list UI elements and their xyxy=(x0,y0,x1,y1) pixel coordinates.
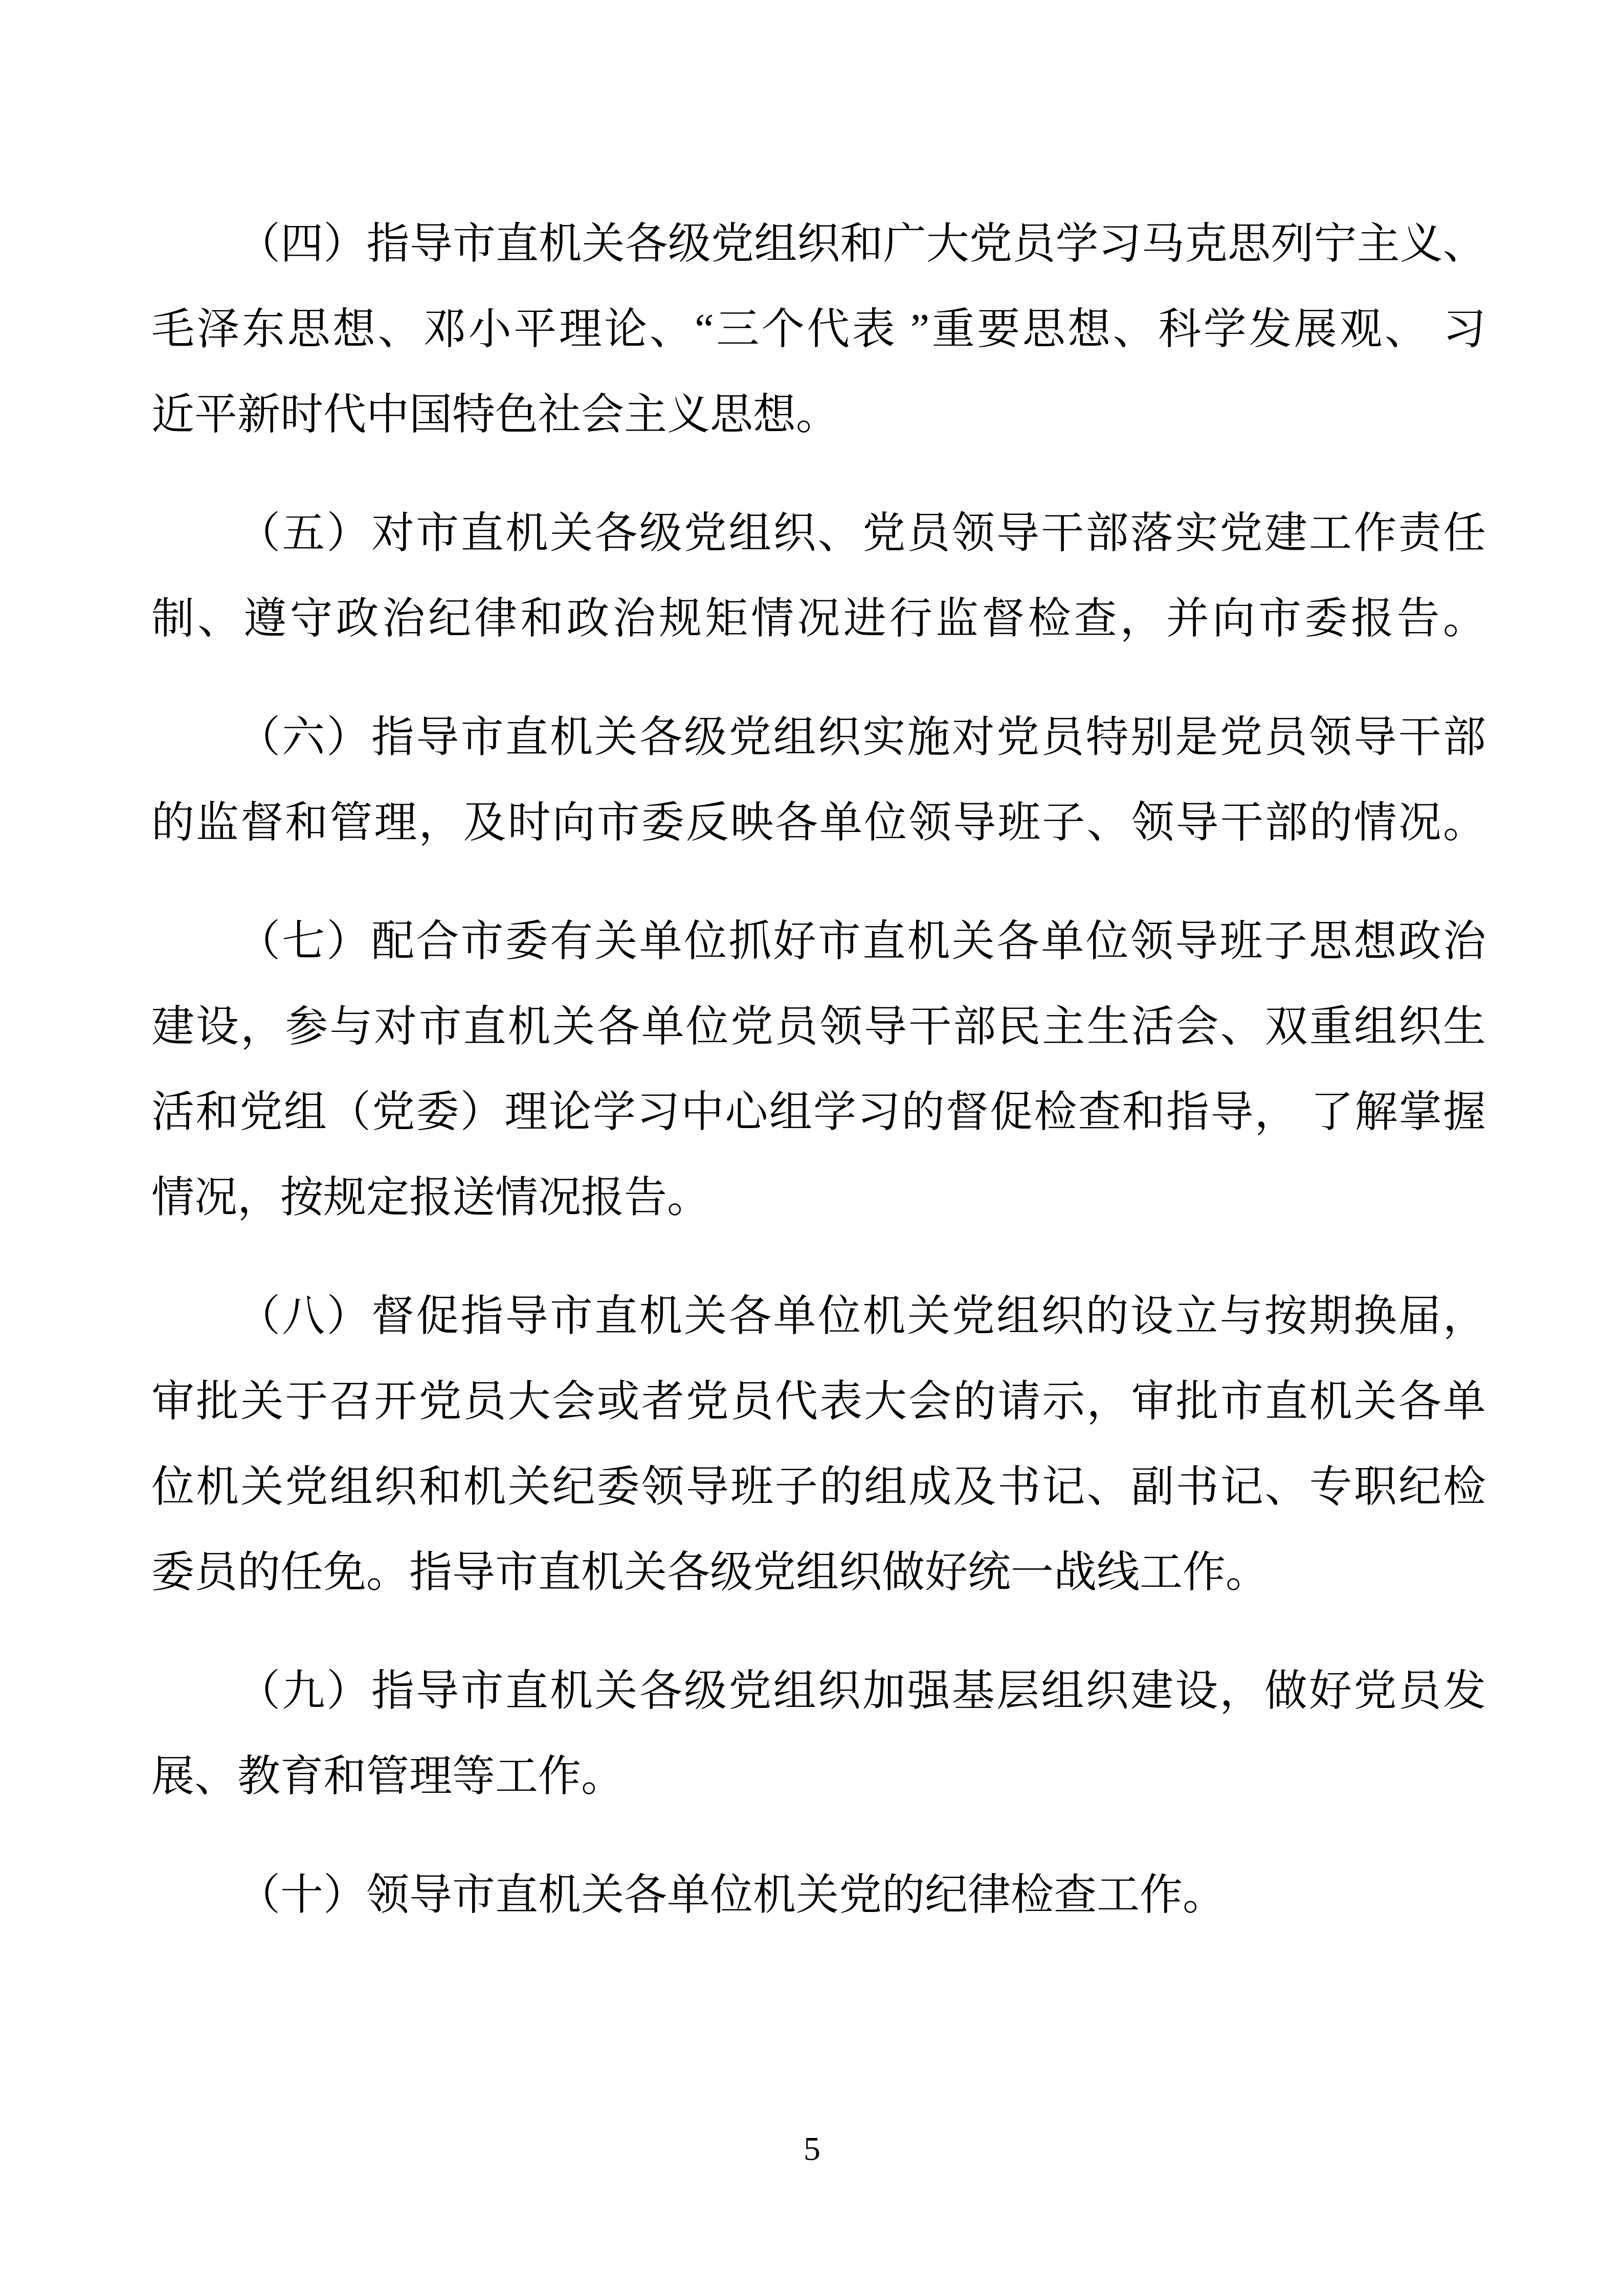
text-line: （十）领导市直机关各单位机关党的纪律检查工作。 xyxy=(151,1853,1486,1938)
paragraph-item-9: （九）指导市直机关各级党组织加强基层组织建设，做好党员发 展、教育和管理等工作。 xyxy=(151,1649,1486,1819)
text-line: 毛泽东思想、邓小平理论、“三个代表 ”重要思想、科学发展观、 习 xyxy=(151,287,1486,372)
text-line: 展、教育和管理等工作。 xyxy=(151,1734,1486,1819)
text-line: 位机关党组织和机关纪委领导班子的组成及书记、副书记、专职纪检 xyxy=(151,1445,1486,1530)
text-line: （七）配合市委有关单位抓好市直机关各单位领导班子思想政治 xyxy=(151,899,1486,984)
text-line: 活和党组（党委）理论学习中心组学习的督促检查和指导， 了解掌握 xyxy=(151,1070,1486,1155)
text-line: 建设，参与对市直机关各单位党员领导干部民主生活会、双重组织生 xyxy=(151,984,1486,1070)
document-body: （四）指导市直机关各级党组织和广大党员学习马克思列宁主义、 毛泽东思想、邓小平理… xyxy=(151,201,1486,1938)
text-line: （六）指导市直机关各级党组织实施对党员特别是党员领导干部 xyxy=(151,695,1486,780)
text-line: 近平新时代中国特色社会主义思想。 xyxy=(151,372,1486,458)
text-line: 情况，按规定报送情况报告。 xyxy=(151,1155,1486,1241)
paragraph-item-6: （六）指导市直机关各级党组织实施对党员特别是党员领导干部 的监督和管理，及时向市… xyxy=(151,695,1486,866)
text-line: 审批关于召开党员大会或者党员代表大会的请示，审批市直机关各单 xyxy=(151,1359,1486,1445)
text-line: （九）指导市直机关各级党组织加强基层组织建设，做好党员发 xyxy=(151,1649,1486,1734)
paragraph-item-4: （四）指导市直机关各级党组织和广大党员学习马克思列宁主义、 毛泽东思想、邓小平理… xyxy=(151,201,1486,458)
paragraph-item-10: （十）领导市直机关各单位机关党的纪律检查工作。 xyxy=(151,1853,1486,1938)
page-number: 5 xyxy=(804,2130,820,2168)
text-line: （四）指导市直机关各级党组织和广大党员学习马克思列宁主义、 xyxy=(151,201,1486,287)
page-footer: 5 xyxy=(0,2131,1624,2167)
paragraph-item-5: （五）对市直机关各级党组织、党员领导干部落实党建工作责任 制、遵守政治纪律和政治… xyxy=(151,491,1486,662)
text-line: 委员的任免。指导市直机关各级党组织做好统一战线工作。 xyxy=(151,1530,1486,1615)
text-line: （八）督促指导市直机关各单位机关党组织的设立与按期换届， xyxy=(151,1274,1486,1359)
paragraph-item-8: （八）督促指导市直机关各单位机关党组织的设立与按期换届， 审批关于召开党员大会或… xyxy=(151,1274,1486,1615)
text-line: 的监督和管理，及时向市委反映各单位领导班子、领导干部的情况。 xyxy=(151,780,1486,866)
paragraph-item-7: （七）配合市委有关单位抓好市直机关各单位领导班子思想政治 建设，参与对市直机关各… xyxy=(151,899,1486,1241)
text-line: （五）对市直机关各级党组织、党员领导干部落实党建工作责任 xyxy=(151,491,1486,576)
document-page: （四）指导市直机关各级党组织和广大党员学习马克思列宁主义、 毛泽东思想、邓小平理… xyxy=(0,0,1624,2296)
text-line: 制、遵守政治纪律和政治规矩情况进行监督检查，并向市委报告。 xyxy=(151,576,1486,662)
